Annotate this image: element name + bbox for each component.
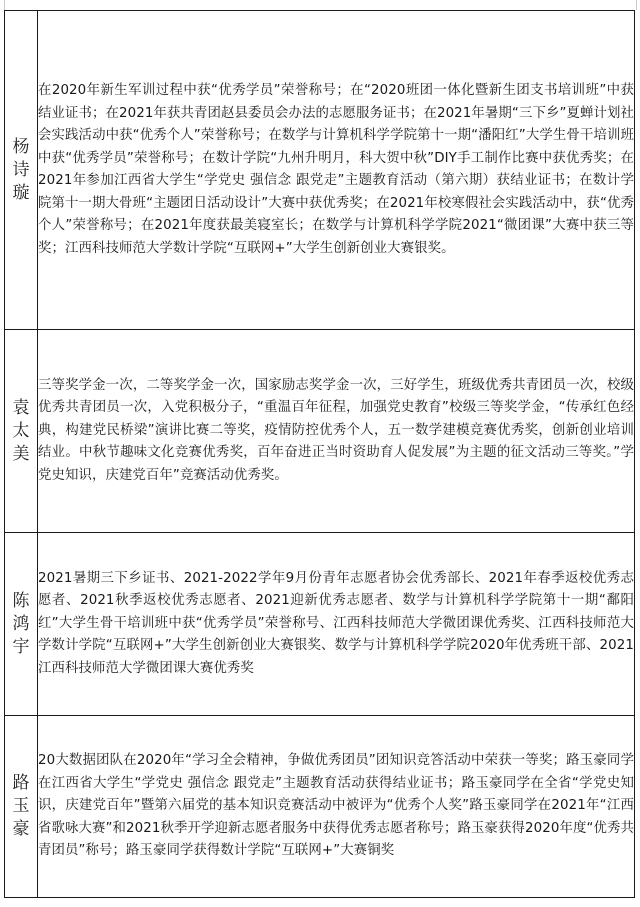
table-row: 袁太美 三等奖学金一次，二等奖学金一次，国家励志奖学金一次，三好学生，班级优秀共… bbox=[5, 330, 635, 533]
honors-cell: 三等奖学金一次，二等奖学金一次，国家励志奖学金一次，三好学生，班级优秀共青团员一… bbox=[38, 330, 635, 533]
page-margin-marker-right bbox=[636, 0, 637, 10]
honors-table: 杨诗璇 在2020年新生军训过程中获“优秀学员”荣誉称号；在“2020班团一体化… bbox=[4, 10, 635, 898]
honors-text: 三等奖学金一次，二等奖学金一次，国家励志奖学金一次，三好学生，班级优秀共青团员一… bbox=[38, 375, 634, 488]
honors-text: 在2020年新生军训过程中获“优秀学员”荣誉称号；在“2020班团一体化暨新生团… bbox=[38, 80, 634, 260]
honors-cell: 在2020年新生军训过程中获“优秀学员”荣誉称号；在“2020班团一体化暨新生团… bbox=[38, 11, 635, 330]
student-name: 路玉豪 bbox=[11, 772, 31, 841]
table-row: 杨诗璇 在2020年新生军训过程中获“优秀学员”荣誉称号；在“2020班团一体化… bbox=[5, 11, 635, 330]
honors-text: 2021暑期三下乡证书、2021-2022学年9月份青年志愿者协会优秀部长、20… bbox=[38, 568, 634, 681]
page-margin-marker-left bbox=[0, 0, 5, 10]
table-row: 陈鸿宇 2021暑期三下乡证书、2021-2022学年9月份青年志愿者协会优秀部… bbox=[5, 533, 635, 716]
table-row: 路玉豪 20大数据团队在2020年“学习全会精神，争做优秀团员”团知识竞答活动中… bbox=[5, 716, 635, 898]
student-name: 陈鸿宇 bbox=[11, 590, 31, 659]
name-cell: 袁太美 bbox=[5, 330, 38, 533]
student-name: 袁太美 bbox=[11, 397, 31, 466]
honors-cell: 20大数据团队在2020年“学习全会精神，争做优秀团员”团知识竞答活动中荣获一等… bbox=[38, 716, 635, 898]
name-cell: 陈鸿宇 bbox=[5, 533, 38, 716]
name-cell: 杨诗璇 bbox=[5, 11, 38, 330]
student-name: 杨诗璇 bbox=[11, 136, 31, 205]
name-cell: 路玉豪 bbox=[5, 716, 38, 898]
honors-text: 20大数据团队在2020年“学习全会精神，争做优秀团员”团知识竞答活动中荣获一等… bbox=[38, 750, 634, 863]
honors-cell: 2021暑期三下乡证书、2021-2022学年9月份青年志愿者协会优秀部长、20… bbox=[38, 533, 635, 716]
